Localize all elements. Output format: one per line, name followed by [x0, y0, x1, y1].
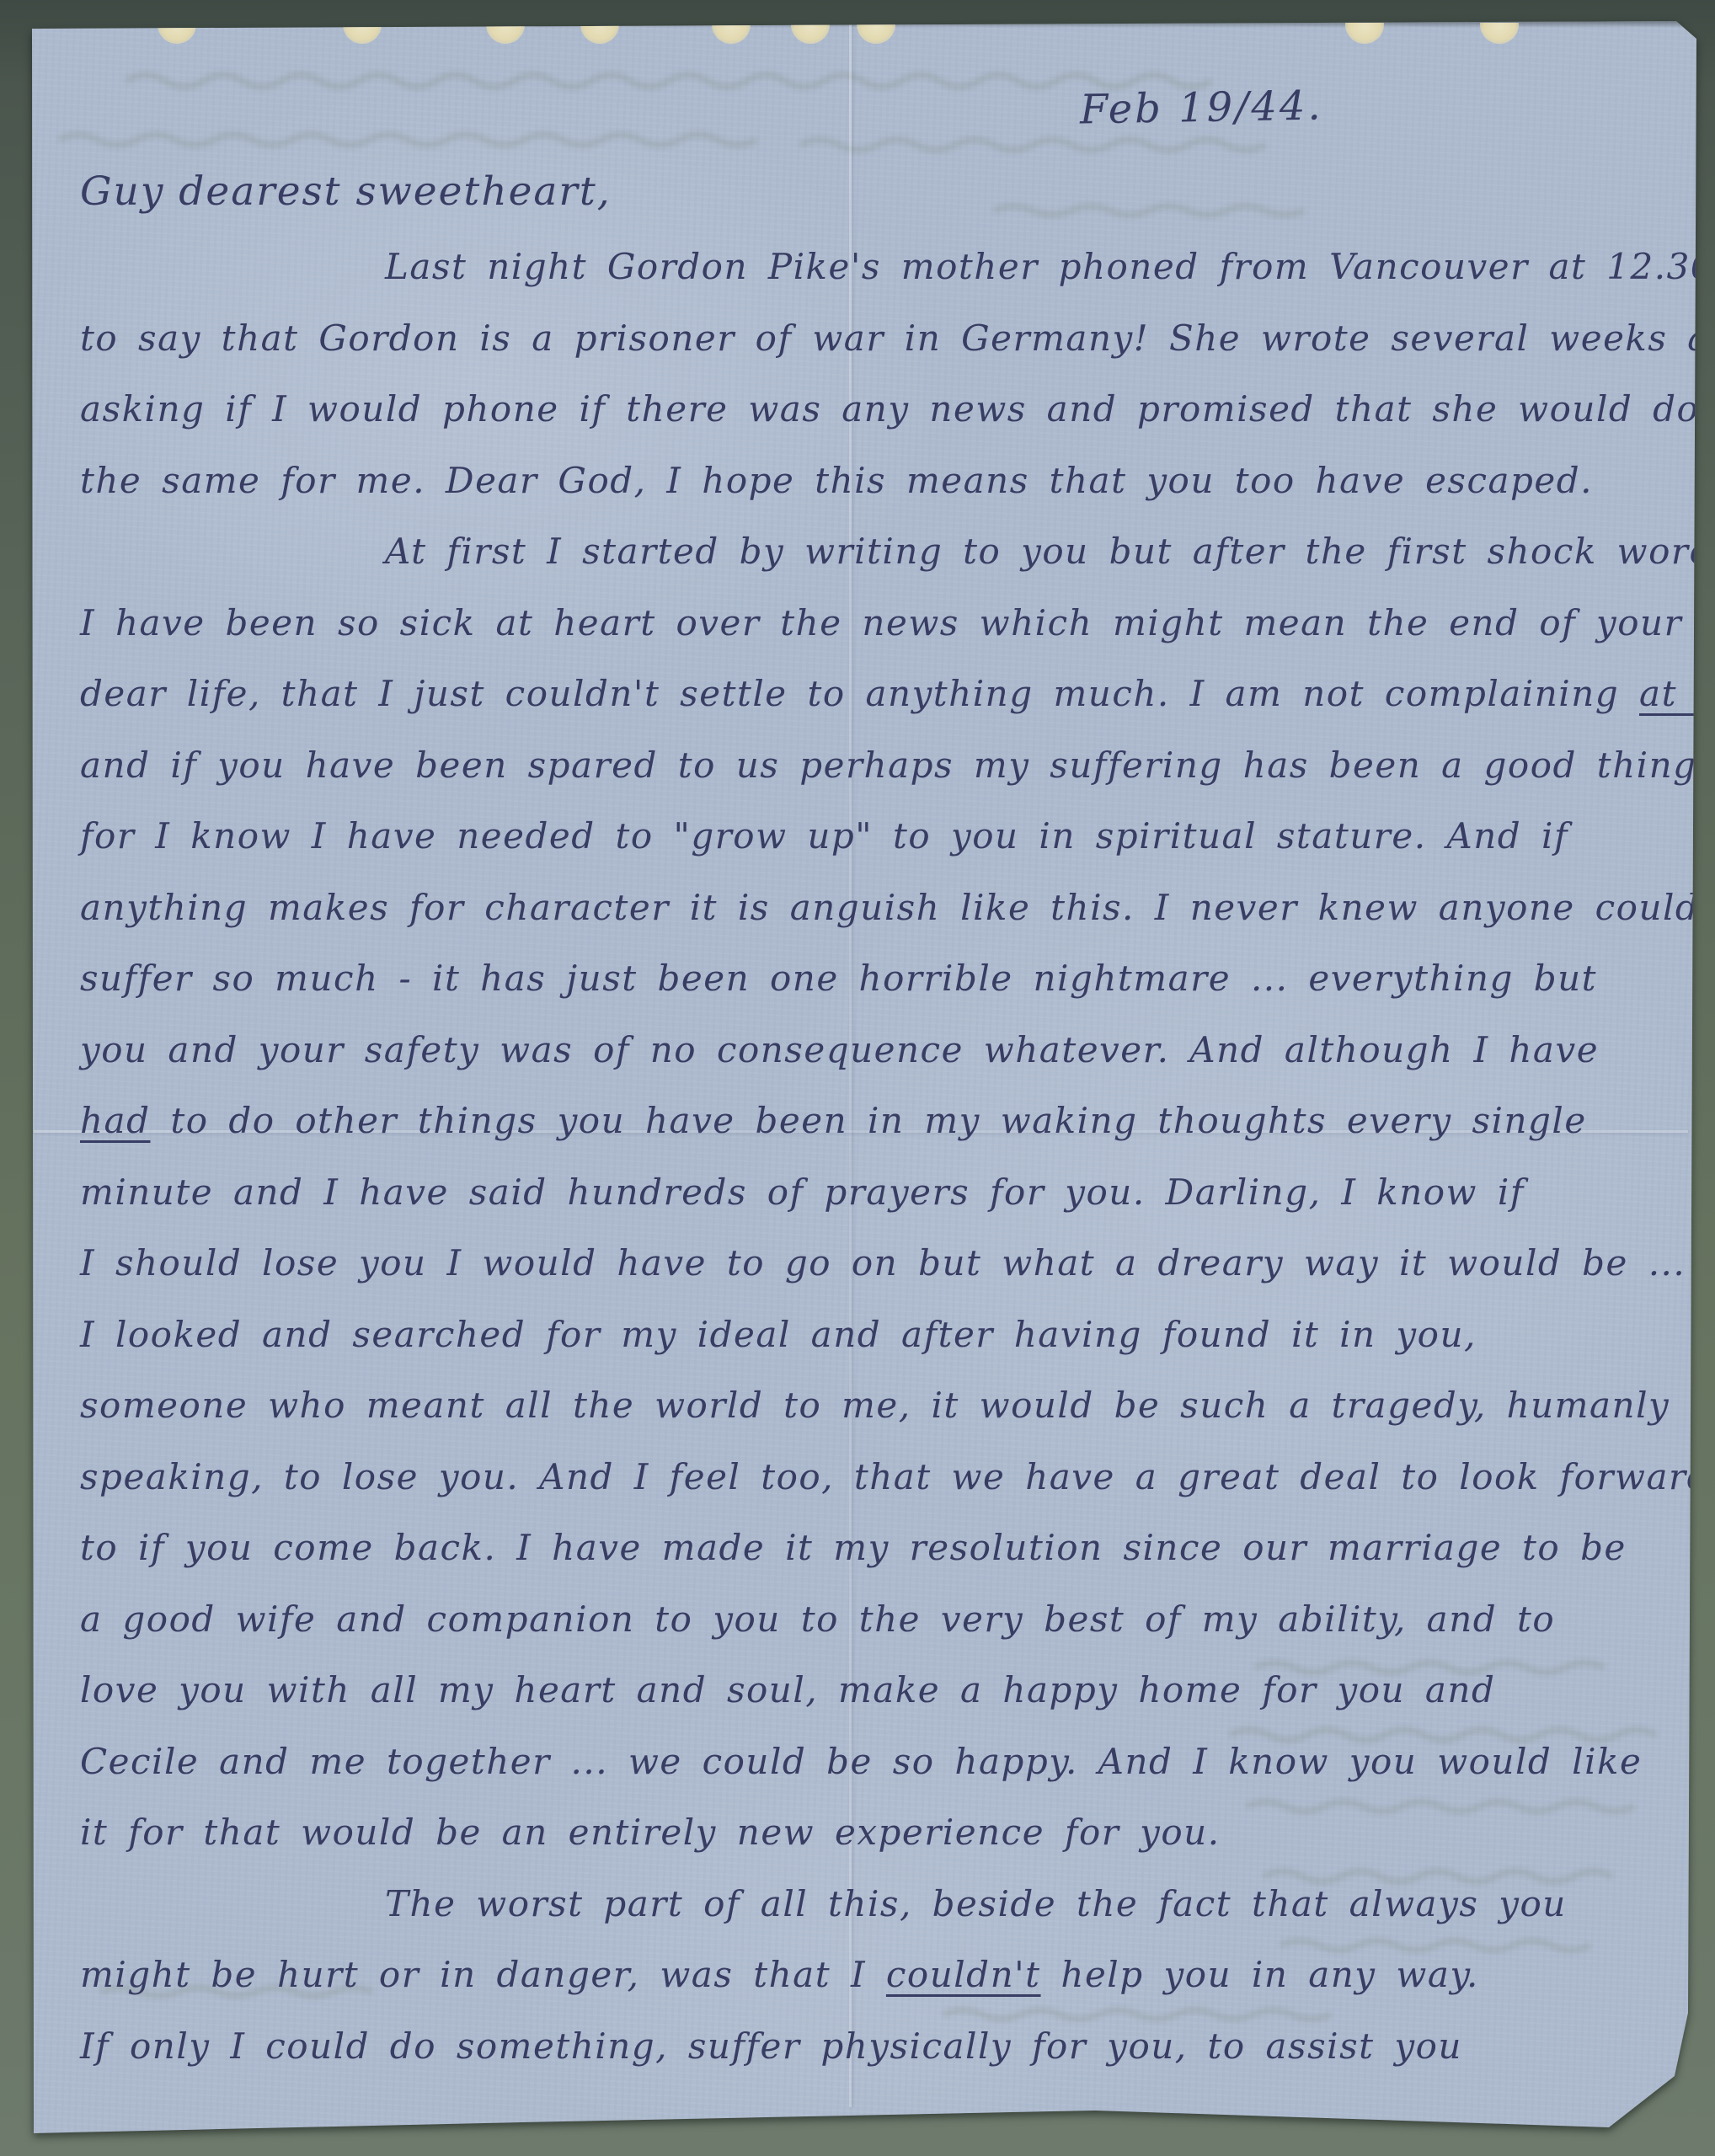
ghost-stroke [994, 206, 1304, 215]
letter-line: At first I started by writing to you but… [385, 531, 1715, 572]
ghost-stroke [1230, 1730, 1656, 1740]
photo-backdrop: Feb 19/44. Guy dearest sweetheart, Last … [0, 0, 1715, 2156]
letter-line: a good wife and companion to you to the … [80, 1598, 1555, 1640]
ghost-stroke [800, 140, 1265, 150]
letter-line: you and your safety was of no consequenc… [80, 1029, 1599, 1070]
letter-line: Cecile and me together ... we could be s… [80, 1741, 1642, 1782]
letter-line: for I know I have needed to "grow up" to… [80, 815, 1568, 857]
letter-line: had to do other things you have been in … [80, 1100, 1587, 1141]
letter-line: dear life, that I just couldn't settle t… [80, 673, 1715, 714]
letter-date: Feb 19/44. [1080, 82, 1324, 133]
letter-line: asking if I would phone if there was any… [80, 388, 1699, 430]
letter-salutation: Guy dearest sweetheart, [80, 168, 612, 215]
letter-line: Last night Gordon Pike's mother phoned f… [385, 246, 1715, 287]
letter-line: If only I could do something, suffer phy… [80, 2025, 1462, 2067]
ghost-stroke [59, 135, 756, 145]
letter-line: speaking, to lose you. And I feel too, t… [80, 1456, 1711, 1497]
letter-line: minute and I have said hundreds of praye… [80, 1171, 1525, 1213]
letter-line: to if you come back. I have made it my r… [80, 1527, 1627, 1568]
ghost-stroke [943, 2010, 1331, 2019]
letter-line: anything makes for character it is angui… [80, 887, 1699, 928]
letter-line: to say that Gordon is a prisoner of war … [80, 318, 1715, 359]
letter-line: someone who meant all the world to me, i… [80, 1385, 1670, 1426]
letter-line: the same for me. Dear God, I hope this m… [80, 460, 1593, 501]
letter-line: love you with all my heart and soul, mak… [80, 1669, 1495, 1710]
letter-paper-wrap: Feb 19/44. Guy dearest sweetheart, Last … [0, 0, 1715, 2156]
letter-line: suffer so much - it has just been one ho… [80, 958, 1597, 999]
ghost-stroke [1264, 1871, 1612, 1881]
ghost-stroke [126, 75, 1211, 87]
letter-paper: Feb 19/44. Guy dearest sweetheart, Last … [0, 0, 1715, 2156]
letter-line: and if you have been spared to us perhap… [80, 744, 1697, 786]
letter-line: might be hurt or in danger, was that I c… [80, 1954, 1479, 1995]
letter-line: I should lose you I would have to go on … [80, 1242, 1686, 1283]
letter-line: The worst part of all this, beside the f… [385, 1883, 1567, 1924]
letter-line: I looked and searched for my ideal and a… [80, 1314, 1477, 1355]
ghost-stroke [1247, 1802, 1634, 1812]
letter-line: I have been so sick at heart over the ne… [80, 602, 1682, 643]
letter-line: it for that would be an entirely new exp… [80, 1812, 1221, 1853]
ghost-stroke [1280, 1941, 1590, 1951]
